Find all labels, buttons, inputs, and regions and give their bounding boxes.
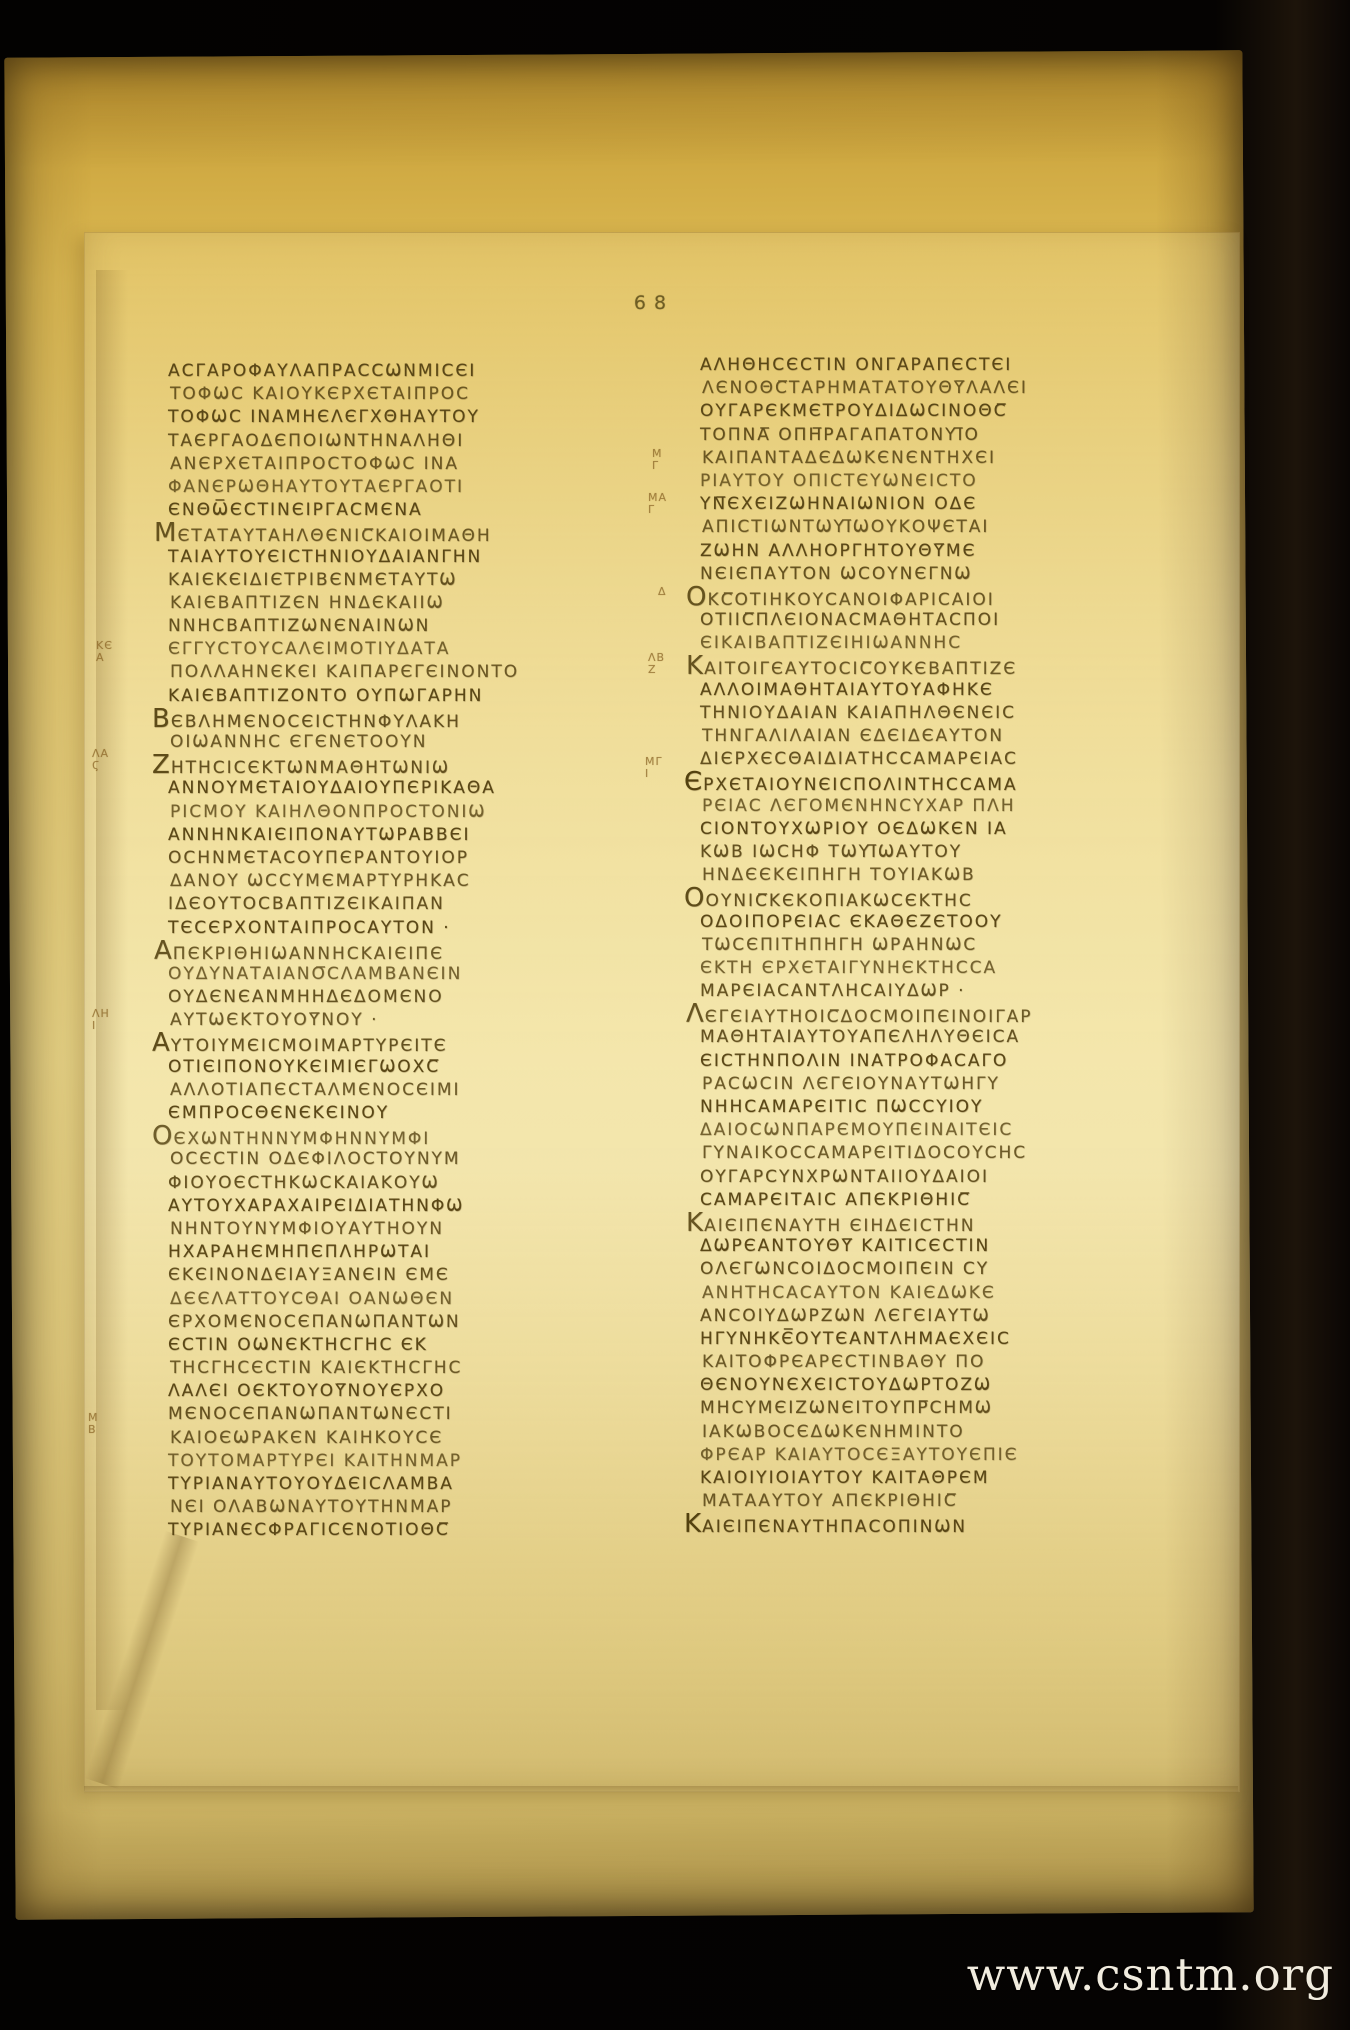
text-line: ΗΝΔЄЄΚЄΙΠΗΓΗ ΤΟΥΙΑΚѠΒ — [702, 864, 1222, 887]
text-line: ΑΛΗΘΗϹЄϹΤΙΝ ΟΝΓΑΡΑΠЄϹΤЄΙ — [700, 354, 1220, 377]
text-line: ЄΙϹΤΗΝΠΟΛΙΝ ΙΝΑΤΡΟΦΑϹΑΓΟ — [700, 1050, 1220, 1073]
text-line: ΔѠΡЄΑΝΤΟΥΘΥ̅ ΚΑΙΤΙϹЄϹΤΙΝ — [700, 1235, 1220, 1258]
text-line: ΒЄΒΛΗΜЄΝΟϹЄΙϹΤΗΝΦΥΛΑΚΗ — [168, 708, 628, 731]
text-line: ΟΔΟΙΠΟΡЄΙΑϹ ЄΚΑΘЄΖЄΤΟΟΥ — [700, 911, 1220, 934]
text-line: ΑΝЄΡΧЄΤΑΙΠΡΟϹΤΟΦѠϹ ΙΝΑ — [170, 453, 630, 476]
text-line: ΟΤΙΙϹ̅ΠΛЄΙΟΝΑϹΜΑΘΗΤΑϹΠΟΙ — [700, 609, 1220, 632]
text-line: ΤΟΦѠϹ ΙΝΑΜΗЄΛЄΓΧΘΗΑΥΤΟΥ — [168, 406, 628, 429]
text-line: ΖѠΗΝ ΑΛΛΗΟΡΓΗΤΟΥΘΥ̅ΜЄ — [700, 540, 1220, 563]
text-line: ΑΠЄΚΡΙΘΗΙѠΑΝΝΗϹΚΑΙЄΙΠЄ — [170, 940, 630, 963]
text-line: ΡΑϹѠϹΙΝ ΛЄΓЄΙΟΥΝΑΥΤѠΗΓΥ — [702, 1073, 1222, 1096]
text-line: ΑΠΙϹΤΙѠΝΤѠΥΙ̅ѠΟΥΚΟΨЄΤΑΙ — [702, 516, 1222, 539]
text-line: ΜЄΝΟϹЄΠΑΝѠΠΑΝΤѠΝЄϹΤΙ — [168, 1403, 628, 1426]
text-line: ΜΑΤΑΑΥΤΟΥ ΑΠЄΚΡΙΘΗΙϹ̅ — [702, 1490, 1222, 1513]
text-line: ΙΔЄΟΥΤΟϹΒΑΠΤΙΖЄΙΚΑΙΠΑΝ — [168, 893, 628, 916]
text-line: ΤΗΝΙΟΥΔΑΙΑΝ ΚΑΙΑΠΗΛΘЄΝЄΙϹ — [700, 702, 1220, 725]
text-line: ΔΑΙΟϹѠΝΠΑΡЄΜΟΥΠЄΙΝΑΙΤЄΙϹ — [700, 1119, 1220, 1142]
text-line: ΡЄΙΑϹ ΛЄΓΟΜЄΝΗΝϹΥΧΑΡ ΠΛΗ — [702, 795, 1222, 818]
text-line: ΚΑΙΟЄѠΡΑΚЄΝ ΚΑΙΗΚΟΥϹЄ — [170, 1427, 630, 1450]
text-line: ΗΧΑΡΑΗЄΜΗΠЄΠΛΗΡѠΤΑΙ — [168, 1241, 628, 1264]
text-line: ЄΙΚΑΙΒΑΠΤΙΖЄΙΗΙѠΑΝΝΗϹ — [700, 632, 1220, 655]
text-line: ΟΟΥΝΙϹ̅ΚЄΚΟΠΙΑΚѠϹЄΚΤΗϹ — [700, 887, 1220, 910]
text-line: ΠΟΛΛΑΗΝЄΚЄΙ ΚΑΙΠΑΡЄΓЄΙΝΟΝΤΟ — [170, 661, 630, 684]
text-line: ЄΝΘѠ̅ЄϹΤΙΝЄΙΡΓΑϹΜЄΝΑ — [168, 499, 628, 522]
margin-note: ΛΑ Ϛ — [92, 748, 109, 772]
text-line: ЄϹΤΙΝ ΟѠΝЄΚΤΗϹΓΗϹ ЄΚ — [168, 1334, 628, 1357]
text-line: ΙΑΚѠΒΟϹЄΔѠΚЄΝΗΜΙΝΤΟ — [702, 1421, 1222, 1444]
csntm-watermark: www.csntm.org — [967, 1948, 1334, 2001]
text-line: ΑΝϹΟΙΥΔѠΡΖѠΝ ΛЄΓЄΙΑΥΤѠ — [700, 1305, 1220, 1328]
text-line: ΤΟΦѠϹ ΚΑΙΟΥΚЄΡΧЄΤΑΙΠΡΟϹ — [170, 383, 630, 406]
margin-note: ΜΓ Ι — [645, 756, 663, 780]
text-line: ΦΙΟΥΟЄϹΤΗΚѠϹΚΑΙΑΚΟΥѠ — [168, 1172, 628, 1195]
text-column-right: ΑΛΗΘΗϹЄϹΤΙΝ ΟΝΓΑΡΑΠЄϹΤЄΙΛЄΝΟΘϹ̅ΤΑΡΗΜΑΤΑΤ… — [700, 354, 1220, 1537]
text-line: ΟΛЄΓѠΝϹΟΙΔΟϹΜΟΙΠЄΙΝ ϹΥ — [700, 1258, 1220, 1281]
margin-note: ΜΑ Γ — [648, 492, 667, 516]
margin-note: Δ — [658, 586, 667, 598]
text-line: ΚΑΙЄΒΑΠΤΙΖЄΝ ΗΝΔЄΚΑΙΙѠ — [170, 592, 630, 615]
text-line: ΟΤΙЄΙΠΟΝΟΥΚЄΙΜΙЄΓѠΟΧϹ̅ — [168, 1056, 628, 1079]
text-line: ΜЄΤΑΤΑΥΤΑΗΛΘЄΝΙϹ̅ΚΑΙΟΙΜΑΘΗ — [170, 522, 630, 545]
text-line: ΘЄΝΟΥΝЄΧЄΙϹΤΟΥΔѠΡΤΟΖѠ — [700, 1374, 1220, 1397]
margin-note: ΛΒ Ζ — [648, 652, 665, 676]
text-line: ΡΙΑΥΤΟΥ ΟΠΙϹΤЄΥѠΝЄΙϹΤΟ — [700, 470, 1220, 493]
text-line: ΔЄЄΛΑΤΤΟΥϹΘΑΙ ΟΑΝѠΘЄΝ — [170, 1288, 630, 1311]
text-line: ΝΗΗϹΑΜΑΡЄΙΤΙϹ ΠѠϹϹΥΙΟΥ — [700, 1096, 1220, 1119]
text-line: ΟΚϹ̅ΟΤΙΗΚΟΥϹΑΝΟΙΦΑΡΙϹΑΙΟΙ — [702, 586, 1222, 609]
text-line: ΚΑΙΤΟΦΡЄΑΡЄϹΤΙΝΒΑΘΥ ΠΟ — [702, 1351, 1222, 1374]
margin-note: ΚЄ Α — [96, 640, 113, 664]
text-line: ЄΡΧΟΜЄΝΟϹЄΠΑΝѠΠΑΝΤѠΝ — [168, 1311, 628, 1334]
text-line: ΟЄΧѠΝΤΗΝΝΥΜΦΗΝΝΥΜΦΙ — [168, 1125, 628, 1148]
text-line: ΝЄΙ ΟΛΑΒѠΝΑΥΤΟΥΤΗΝΜΑΡ — [170, 1496, 630, 1519]
text-line: ΑΛΛΟΙΜΑΘΗΤΑΙΑΥΤΟΥΑΦΗΚЄ — [700, 679, 1220, 702]
folio-number: 68 — [614, 292, 694, 314]
text-line: ΤΗΝΓΑΛΙΛΑΙΑΝ ЄΔЄΙΔЄΑΥΤΟΝ — [702, 725, 1222, 748]
text-line: ΚΑΙЄΙΠЄΝΑΥΤΗ ЄΙΗΔЄΙϹΤΗΝ — [702, 1212, 1222, 1235]
margin-note: ΛΗ Ι — [92, 1008, 110, 1032]
text-line: ΜΑΡЄΙΑϹΑΝΤΛΗϹΑΙΥΔѠΡ · — [700, 980, 1220, 1003]
text-line: ΚΑΙΤΟΙΓЄΑΥΤΟϹΙϹ̅ΟΥΚЄΒΑΠΤΙΖЄ — [702, 655, 1222, 678]
text-line: ΝΗΝΤΟΥΝΥΜΦΙΟΥΑΥΤΗΟΥΝ — [170, 1218, 630, 1241]
text-line: ΟΥΔΥΝΑΤΑΙΑΝΟ̅ϹΛΑΜΒΑΝЄΙΝ — [168, 963, 628, 986]
text-line: ΡΙϹΜΟΥ ΚΑΙΗΛΘΟΝΠΡΟϹΤΟΝΙѠ — [170, 801, 630, 824]
text-line: ЄΚΤΗ ЄΡΧЄΤΑΙΓΥΝΗЄΚΤΗϹϹΑ — [700, 957, 1220, 980]
text-line: ΦΡЄΑΡ ΚΑΙΑΥΤΟϹЄΞΑΥΤΟΥЄΠΙЄ — [700, 1444, 1220, 1467]
text-line: ΓΥΝΑΙΚΟϹϹΑΜΑΡЄΙΤΙΔΟϹΟΥϹΗϹ — [702, 1142, 1222, 1165]
text-line: ΑΝΗΤΗϹΑϹΑΥΤΟΝ ΚΑΙЄΔѠΚЄ — [702, 1282, 1222, 1305]
text-line: ΚΑΙЄΙΠЄΝΑΥΤΗΠΑϹΟΠΙΝѠΝ — [700, 1513, 1220, 1536]
text-line: ΤΑΙΑΥΤΟΥЄΙϹΤΗΝΙΟΥΔΑΙΑΝΓΗΝ — [168, 546, 628, 569]
text-line: ЄΓΓΥϹΤΟΥϹΑΛЄΙΜΟΤΙΥΔΑΤΑ — [168, 638, 628, 661]
text-line: ΚΑΙΟΙΥΙΟΙΑΥΤΟΥ ΚΑΙΤΑΘΡЄΜ — [700, 1467, 1220, 1490]
margin-note: Μ Β — [88, 1412, 99, 1436]
text-line: ΑΝΝΗΝΚΑΙЄΙΠΟΝΑΥΤѠΡΑΒΒЄΙ — [168, 824, 628, 847]
text-line: ΟΙѠΑΝΝΗϹ ЄΓЄΝЄΤΟΟΥΝ — [170, 731, 630, 754]
text-line: ΑΝΝΟΥΜЄΤΑΙΟΥΔΑΙΟΥΠЄΡΙΚΑΘΑ — [168, 777, 628, 800]
text-line: ΑΛΛΟΤΙΑΠЄϹΤΑΛΜЄΝΟϹЄΙΜΙ — [170, 1079, 630, 1102]
text-line: ΑϹΓΑΡΟΦΑΥΛΑΠΡΑϹϹѠΝΜΙϹЄΙ — [168, 360, 628, 383]
text-line: ΜΑΘΗΤΑΙΑΥΤΟΥΑΠЄΛΗΛΥΘЄΙϹΑ — [700, 1026, 1220, 1049]
text-line: ΤΗϹΓΗϹЄϹΤΙΝ ΚΑΙЄΚΤΗϹΓΗϹ — [170, 1357, 630, 1380]
text-line: ΤΟΠΝΑ̅ ΟΠΗ̅ΡΑΓΑΠΑΤΟΝΥΙ̅Ο — [700, 424, 1220, 447]
text-line: ΤΟΥΤΟΜΑΡΤΥΡЄΙ ΚΑΙΤΗΝΜΑΡ — [168, 1450, 628, 1473]
text-line: ΑΥΤΟΙΥΜЄΙϹΜΟΙΜΑΡΤΥΡЄΙΤЄ — [168, 1032, 628, 1055]
text-line: ΦΑΝЄΡѠΘΗΑΥΤΟΥΤΑЄΡΓΑΟΤΙ — [168, 476, 628, 499]
text-line: ΤѠϹЄΠΙΤΗΠΗΓΗ ѠΡΑΗΝѠϹ — [702, 934, 1222, 957]
photo-backdrop: 68 ΑϹΓΑΡΟΦΑΥΛΑΠΡΑϹϹѠΝΜΙϹЄΙΤΟΦѠϹ ΚΑΙΟΥΚЄΡ… — [0, 0, 1350, 2030]
text-line: ΚΑΙΠΑΝΤΑΔЄΔѠΚЄΝЄΝΤΗΧЄΙ — [702, 447, 1222, 470]
text-line: ΝЄΙЄΠΑΥΤΟΝ ѠϹΟΥΝЄΓΝѠ — [700, 563, 1220, 586]
text-line: ϹΑΜΑΡЄΙΤΑΙϹ ΑΠЄΚΡΙΘΗΙϹ̅ — [700, 1189, 1220, 1212]
text-line: ΚΑΙЄΒΑΠΤΙΖΟΝΤΟ ΟΥΠѠΓΑΡΗΝ — [168, 685, 628, 708]
text-line: ΛЄΝΟΘϹ̅ΤΑΡΗΜΑΤΑΤΟΥΘΥ̅ΛΑΛЄΙ — [702, 377, 1222, 400]
text-line: ΑΥΤѠЄΚΤΟΥΟΥ̅ΝΟΥ · — [170, 1009, 630, 1032]
text-line: ЄΜΠΡΟϹΘЄΝЄΚЄΙΝΟΥ — [168, 1102, 628, 1125]
text-line: ΔΑΝΟΥ ѠϹϹΥΜЄΜΑΡΤΥΡΗΚΑϹ — [170, 870, 630, 893]
text-line: ΟΥΔЄΝЄΑΝΜΗΗΔЄΔΟΜЄΝΟ — [168, 986, 628, 1009]
text-line: ΥΝ̅ЄΧЄΙΖѠΗΝΑΙѠΝΙΟΝ ΟΔЄ — [700, 493, 1220, 516]
text-line: ΤΑЄΡΓΑΟΔЄΠΟΙѠΝΤΗΝΑΛΗΘΙ — [168, 430, 628, 453]
text-line: ΛΑΛЄΙ ΟЄΚΤΟΥΟΥ̅ΝΟΥЄΡΧΟ — [168, 1380, 628, 1403]
text-line: ΟΥΓΑΡϹΥΝΧΡѠΝΤΑΙΙΟΥΔΑΙΟΙ — [700, 1166, 1220, 1189]
text-line: ΚΑΙЄΚЄΙΔΙЄΤΡΙΒЄΝΜЄΤΑΥΤѠ — [168, 569, 628, 592]
text-line: ΚѠΒ ΙѠϹΗΦ ΤѠΥΙ̅ѠΑΥΤΟΥ — [700, 841, 1220, 864]
text-line: ΟϹЄϹΤΙΝ ΟΔЄΦΙΛΟϹΤΟΥΝΥΜ — [170, 1148, 630, 1171]
text-line: ЄΡΧЄΤΑΙΟΥΝЄΙϹΠΟΛΙΝΤΗϹϹΑΜΑ — [700, 771, 1220, 794]
text-line: ΤЄϹЄΡΧΟΝΤΑΙΠΡΟϹΑΥΤΟΝ · — [168, 917, 628, 940]
text-line: ΜΗϹΥΜЄΙΖѠΝЄΙΤΟΥΠΡ̅ϹΗΜѠ — [700, 1397, 1220, 1420]
text-line: ΗΓΥΝΗΚЄ̅ΟΥΤЄΑΝΤΛΗΜΑЄΧЄΙϹ — [700, 1328, 1220, 1351]
text-line: ΤΥΡΙΑΝЄϹΦΡΑΓΙϹЄΝΟΤΙΟΘϹ̅ — [168, 1519, 628, 1542]
margin-note: Μ Γ — [652, 448, 663, 472]
text-column-left: ΑϹΓΑΡΟΦΑΥΛΑΠΡΑϹϹѠΝΜΙϹЄΙΤΟΦѠϹ ΚΑΙΟΥΚЄΡΧЄΤ… — [168, 360, 628, 1543]
text-line: ΔΙЄΡΧЄϹΘΑΙΔΙΑΤΗϹϹΑΜΑΡЄΙΑϹ — [700, 748, 1220, 771]
text-line: ϹΙΟΝΤΟΥΧѠΡΙΟΥ ΟЄΔѠΚЄΝ ΙΑ — [700, 818, 1220, 841]
text-line: ΑΥΤΟΥΧΑΡΑΧΑΙΡЄΙΔΙΑΤΗΝΦѠ — [168, 1195, 628, 1218]
text-line: ΤΥΡΙΑΝΑΥΤΟΥΟΥΔЄΙϹΛΑΜΒΑ — [168, 1473, 628, 1496]
text-line: ΛЄΓЄΙΑΥΤΗΟΙϹ̅ΔΟϹΜΟΙΠЄΙΝΟΙΓΑΡ — [702, 1003, 1222, 1026]
text-line: ЄΚЄΙΝΟΝΔЄΙΑΥΞΑΝЄΙΝ ЄΜЄ — [168, 1264, 628, 1287]
text-line: ΟϹΗΝΜЄΤΑϹΟΥΠЄΡΑΝΤΟΥΙΟΡ — [168, 847, 628, 870]
text-line: ΖΗΤΗϹΙϹЄΚΤѠΝΜΑΘΗΤѠΝΙѠ — [168, 754, 628, 777]
text-line: ΝΝΗϹΒΑΠΤΙΖѠΝЄΝΑΙΝѠΝ — [168, 615, 628, 638]
text-line: ΟΥΓΑΡЄΚΜЄΤΡΟΥΔΙΔѠϹΙΝΟΘϹ̅ — [700, 400, 1220, 423]
